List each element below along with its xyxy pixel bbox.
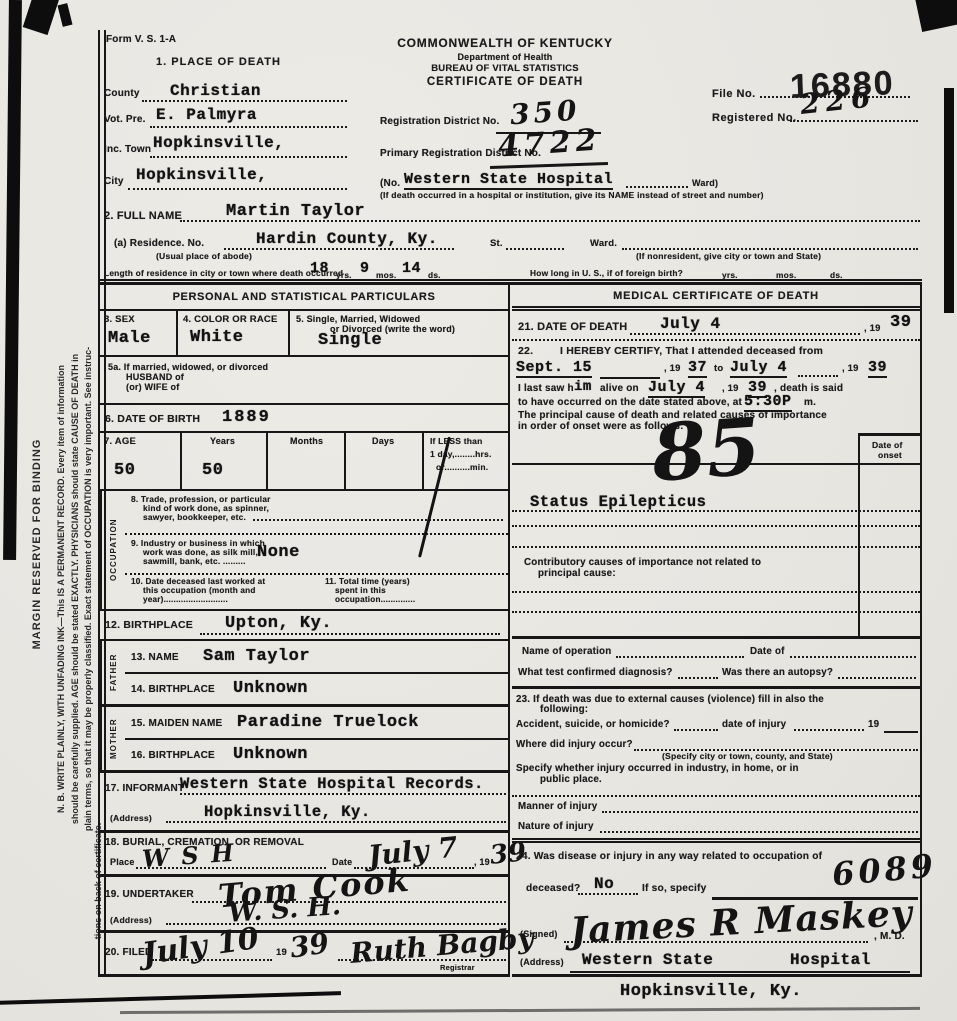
scan-mark-top-left-2 [57, 3, 72, 27]
md-label: , M. D. [874, 931, 905, 942]
spouse-label-2: HUSBAND of [126, 372, 184, 382]
from-year-prefix: , 19 [664, 363, 681, 374]
total-time-label-2: spent in this [335, 586, 386, 595]
inc-town-value: Hopkinsville, [153, 134, 284, 152]
father-name-row: 13. NAME Sam Taylor [125, 641, 508, 674]
father-birthplace-row: 14. BIRTHPLACE Unknown [125, 674, 508, 705]
race-value: White [190, 328, 244, 347]
physician-address-value-2: Hospital [790, 951, 871, 969]
date-of-death-year-value: 39 [890, 313, 911, 332]
cause-of-death-value: Status Epilepticus [530, 493, 706, 511]
date-of-death-row: 21. DATE OF DEATH July 4 , 19 39 [512, 311, 920, 341]
certify-text: I HEREBY CERTIFY, That I attended deceas… [560, 345, 823, 357]
years-label: Years [210, 436, 235, 446]
marital-value: Single [318, 331, 382, 350]
last-saw-text-1: I last saw h [518, 383, 574, 394]
length-mos-label: mos. [376, 270, 396, 280]
father-name-label: 13. NAME [131, 652, 179, 663]
accident-label: Accident, suicide, or homicide? [516, 719, 670, 730]
primary-registration-value: 4722 [497, 122, 603, 164]
department-subtitle: Department of Health [380, 52, 630, 62]
contributory-text-2: principal cause: [538, 568, 616, 579]
margin-nb-line-3: plain terms, so that it may be properly … [83, 227, 93, 951]
race-cell: 4. COLOR OR RACE White [178, 311, 290, 355]
autopsy-label: Was there an autopsy? [722, 667, 833, 678]
informant-value: Western State Hospital Records. [180, 775, 484, 793]
spouse-label-3: (or) WIFE of [126, 382, 179, 392]
length-yrs-label: yrs. [336, 270, 352, 280]
sex-value: Male [108, 329, 151, 348]
signed-block: (Signed) James R Maskey , M. D. (Address… [512, 913, 920, 975]
years-value: 50 [202, 461, 223, 480]
onset-label-1: Date of [872, 440, 903, 450]
trade-leader [253, 509, 503, 521]
physician-address-value-1: Western State [582, 951, 713, 969]
where-injury-note: (Specify city or town, county, and State… [662, 751, 833, 761]
residence-label: (a) Residence. No. [114, 238, 204, 249]
from-year-value: 37 [688, 359, 707, 378]
city-label: City [104, 176, 124, 187]
physician-address-rule [570, 971, 910, 973]
length-ds-label: ds. [428, 270, 441, 280]
nonresident-note: (If nonresident, give city or town and S… [636, 251, 821, 261]
undertaker-row: 19. UNDERTAKER Tom Cook (Address) W. S. … [100, 877, 508, 933]
less-label-1: If LESS than [430, 436, 482, 446]
external-text-2: following: [540, 704, 588, 715]
commonwealth-title: COMMONWEALTH OF KENTUCKY [380, 36, 630, 50]
age-value: 50 [114, 461, 135, 480]
mother-birthplace-value: Unknown [233, 745, 308, 764]
binding-margin-note: MARGIN RESERVED FOR BINDING [31, 389, 43, 699]
mother-birthplace-label: 16. BIRTHPLACE [131, 750, 215, 761]
last-worked-row: 10. Date deceased last worked at this oc… [125, 575, 508, 607]
to-year-value: 39 [868, 359, 887, 378]
specify-text-2: public place. [540, 774, 602, 785]
registered-no-label: Registered No. [712, 112, 797, 124]
filed-year-prefix: 19 [276, 947, 287, 958]
mother-block: MOTHER 15. MAIDEN NAME Paradine Truelock… [100, 707, 508, 773]
to-year-prefix: , 19 [842, 363, 859, 374]
father-birthplace-label: 14. BIRTHPLACE [131, 684, 215, 695]
where-injury-label: Where did injury occur? [516, 739, 633, 750]
length-yrs-value: 18 [310, 260, 329, 277]
registration-district-label: Registration District No. [380, 116, 499, 127]
operation-label: Name of operation [522, 646, 611, 657]
manner-label: Manner of injury [518, 801, 597, 812]
marital-label-1: 5. Single, Married, Widowed [296, 314, 420, 324]
operation-date-label: Date of [750, 646, 785, 657]
street-leader [506, 234, 564, 250]
informant-row: 17. INFORMANT Western State Hospital Rec… [100, 773, 508, 833]
date-of-death-value: July 4 [660, 315, 721, 333]
last-worked-label-2: this occupation (month and [143, 586, 256, 595]
certify-number: 22. [518, 345, 533, 357]
filed-row: 20. FILED July 10 19 39 Ruth Bagby Regis… [100, 933, 508, 977]
margin-nb-line-2: should be carefully supplied. AGE should… [70, 227, 80, 951]
street-label: St. [490, 238, 503, 249]
last-saw-text-2: alive on [600, 383, 639, 394]
dob-value: 1889 [222, 408, 271, 427]
mother-content: 15. MAIDEN NAME Paradine Truelock 16. BI… [125, 707, 508, 770]
attended-to-value: July 4 [730, 359, 787, 378]
age-years-cell: Years 50 [182, 433, 268, 489]
mother-name-row: 15. MAIDEN NAME Paradine Truelock [125, 707, 508, 740]
statistical-code-value: 6089 [831, 846, 939, 893]
to-label: to [714, 363, 723, 374]
spouse-row: 5a. If married, widowed, or divorced HUS… [100, 357, 508, 405]
operation-block: Name of operation Date of What test conf… [512, 639, 920, 689]
full-name-label: 2. FULL NAME [104, 210, 182, 222]
county-value: Christian [170, 82, 261, 100]
signed-label: (Signed) [520, 929, 558, 939]
inc-town-label: Inc. Town [104, 144, 151, 155]
specify-text-1: Specify whether injury occurred in indus… [516, 763, 799, 774]
county-label: County [104, 88, 140, 99]
filed-year-value: 39 [288, 926, 331, 964]
less-label-2: 1 day,........hrs. [430, 449, 492, 459]
personal-statistical-section: PERSONAL AND STATISTICAL PARTICULARS 3. … [98, 285, 510, 977]
occupation-content: 8. Trade, profession, or particular kind… [125, 491, 508, 609]
father-birthplace-value: Unknown [233, 679, 308, 698]
date-of-death-year-prefix: , 19 [864, 323, 881, 334]
length-mos-value: 9 [360, 260, 370, 277]
medical-certificate-section: MEDICAL CERTIFICATE OF DEATH 21. DATE OF… [512, 285, 922, 977]
mother-side-label: MOTHER [100, 707, 125, 770]
sex-race-marital-row: 3. SEX Male 4. COLOR OR RACE White 5. Si… [100, 311, 508, 357]
file-no-label: File No. [712, 88, 756, 100]
personal-title-row: PERSONAL AND STATISTICAL PARTICULARS [100, 285, 508, 311]
months-label: Months [290, 436, 323, 446]
occupation-question-2: deceased? [526, 883, 580, 894]
nature-label: Nature of injury [518, 821, 594, 832]
total-time-label-1: 11. Total time (years) [325, 577, 410, 586]
spouse-label-1: 5a. If married, widowed, or divorced [108, 362, 268, 372]
date-injury-label: date of injury [722, 719, 786, 730]
occupation-answer-value: No [594, 875, 614, 893]
dob-label: 6. DATE OF BIRTH [105, 413, 200, 425]
hospital-leader [626, 174, 688, 188]
age-cell: 7. AGE 50 [100, 433, 182, 489]
sex-cell: 3. SEX Male [100, 311, 178, 355]
birthplace-value: Upton, Ky. [225, 614, 332, 633]
industry-row: 9. Industry or business in which work wa… [125, 535, 508, 575]
contributory-text-1: Contributory causes of importance not re… [524, 557, 761, 568]
occupation-side-label: OCCUPATION [100, 491, 125, 609]
death-certificate-scan: { "margin": { "binding": "MARGIN RESERVE… [0, 0, 957, 1021]
total-time-cell: 11. Total time (years) spent in this occ… [315, 575, 508, 607]
informant-address-label: (Address) [110, 813, 152, 823]
certificate-header: Form V. S. 1-A 1. PLACE OF DEATH County … [98, 26, 926, 279]
industry-label-3: sawmill, bank, etc. ......... [143, 556, 246, 566]
last-worked-cell: 10. Date deceased last worked at this oc… [125, 575, 315, 607]
form-number: Form V. S. 1-A [106, 34, 176, 45]
manner-nature-block: Manner of injury Nature of injury [512, 797, 920, 843]
informant-label: 17. INFORMANT [105, 783, 184, 794]
mother-name-value: Paradine Truelock [237, 713, 419, 732]
scan-mark-bottom-left [0, 991, 341, 1005]
last-worked-label-1: 10. Date deceased last worked at [131, 577, 265, 586]
burial-place-label: Place [110, 857, 135, 867]
ward-label: Ward) [692, 178, 718, 188]
onset-label-2: onset [878, 450, 902, 460]
medical-title: MEDICAL CERTIFICATE OF DEATH [613, 290, 819, 302]
autopsy-leader [838, 665, 916, 679]
date-of-onset-box: Date of onset [858, 433, 920, 639]
undertaker-label: 19. UNDERTAKER [105, 889, 194, 900]
bureau-subtitle: BUREAU OF VITAL STATISTICS [380, 63, 630, 74]
us-mos-label: mos. [776, 270, 796, 280]
length-residence-label: Length of residence in city or town wher… [104, 268, 343, 278]
burial-year-prefix: , 19 [474, 857, 490, 867]
medical-title-row: MEDICAL CERTIFICATE OF DEATH [512, 285, 920, 311]
trade-row: 8. Trade, profession, or particular kind… [125, 491, 508, 535]
scan-mark-top-left [23, 0, 59, 35]
test-label: What test confirmed diagnosis? [518, 667, 673, 678]
date-of-birth-row: 6. DATE OF BIRTH 1889 [100, 405, 508, 433]
age-months-cell: Months [268, 433, 346, 489]
age-days-cell: Days [346, 433, 424, 489]
mother-name-label: 15. MAIDEN NAME [131, 718, 222, 729]
occupation-question-1: 24. Was disease or injury in any way rel… [516, 851, 822, 862]
us-ds-label: ds. [830, 270, 843, 280]
us-yrs-label: yrs. [722, 270, 738, 280]
cause-code-handwritten: 85 [649, 401, 764, 499]
operation-leader [616, 644, 744, 658]
attended-from-value: Sept. 15 [516, 359, 592, 378]
injury-year-19: 19 [868, 719, 879, 730]
certificate-title: CERTIFICATE OF DEATH [380, 76, 630, 88]
hospital-note: (If death occurred in a hospital or inst… [380, 190, 764, 200]
hospital-value: Western State Hospital [404, 171, 613, 190]
occupation-block: OCCUPATION 8. Trade, profession, or part… [100, 491, 508, 611]
personal-title: PERSONAL AND STATISTICAL PARTICULARS [173, 291, 436, 303]
trade-label-3: sawyer, bookkeeper, etc. [143, 512, 246, 522]
scan-mark-bottom-smudge [120, 1007, 920, 1014]
where-injury-leader [634, 737, 918, 751]
time-m-label: m. [804, 397, 816, 408]
attended-to-leader [798, 363, 838, 377]
manner-leader [602, 799, 918, 813]
undertaker-address-label: (Address) [110, 915, 152, 925]
registrar-label: Registrar [440, 963, 475, 972]
birthplace-row: 12. BIRTHPLACE Upton, Ky. [100, 611, 508, 641]
sex-label: 3. SEX [104, 314, 135, 325]
date-of-death-label: 21. DATE OF DEATH [518, 321, 627, 333]
father-name-value: Sam Taylor [203, 647, 310, 666]
margin-nb-line-1: N. B. WRITE PLAINLY, WITH UNFADING INK—T… [56, 227, 66, 951]
physician-address-label: (Address) [520, 957, 564, 967]
length-ds-value: 14 [402, 260, 421, 277]
days-label: Days [372, 436, 394, 446]
race-label: 4. COLOR OR RACE [183, 314, 278, 325]
ward2-label: Ward. [590, 238, 617, 249]
hospital-no-label: (No. [380, 178, 400, 189]
father-content: 13. NAME Sam Taylor 14. BIRTHPLACE Unkno… [125, 641, 508, 704]
last-saw-year-prefix: , 19 [722, 383, 739, 394]
place-of-death-title: 1. PLACE OF DEATH [156, 56, 281, 68]
physician-address-city: Hopkinsville, Ky. [620, 982, 802, 1001]
injury-year-rule [884, 731, 918, 733]
date-injury-leader [794, 717, 864, 731]
ward2-leader [622, 234, 918, 250]
him-inserted-value: im [574, 379, 592, 395]
nature-leader [600, 819, 918, 833]
last-worked-label-3: year).......................... [143, 595, 228, 604]
birthplace-label: 12. BIRTHPLACE [105, 619, 193, 631]
informant-address-value: Hopkinsville, Ky. [204, 803, 371, 821]
marital-cell: 5. Single, Married, Widowed or Divorced … [290, 311, 508, 355]
operation-date-leader [790, 644, 916, 658]
age-label: 7. AGE [104, 436, 136, 447]
last-saw-value: July 4 [648, 379, 705, 398]
scan-mark-right-bar [944, 88, 954, 313]
mother-birthplace-row: 16. BIRTHPLACE Unknown [125, 740, 508, 771]
father-block: FATHER 13. NAME Sam Taylor 14. BIRTHPLAC… [100, 641, 508, 707]
industry-value: None [257, 543, 300, 562]
cause-of-death-block: 85 Status Epilepticus Contributory cause… [512, 433, 920, 639]
precinct-value: E. Palmyra [156, 106, 257, 124]
full-name-value: Martin Taylor [226, 202, 365, 221]
total-time-label-3: occupation.............. [335, 595, 415, 604]
external-causes-block: 23. If death was due to external causes … [512, 689, 920, 797]
scan-mark-left-bar [3, 0, 22, 560]
us-length-label: How long in U. S., if of foreign birth? [530, 268, 683, 278]
precinct-label: Vot. Pre. [104, 114, 146, 125]
residence-value: Hardin County, Ky. [256, 230, 438, 248]
father-side-label: FATHER [100, 641, 125, 704]
abode-note: (Usual place of abode) [156, 251, 252, 261]
if-so-specify-label: If so, specify [642, 883, 707, 894]
test-leader [678, 665, 718, 679]
accident-leader [674, 717, 718, 731]
city-value: Hopkinsville, [136, 166, 267, 184]
